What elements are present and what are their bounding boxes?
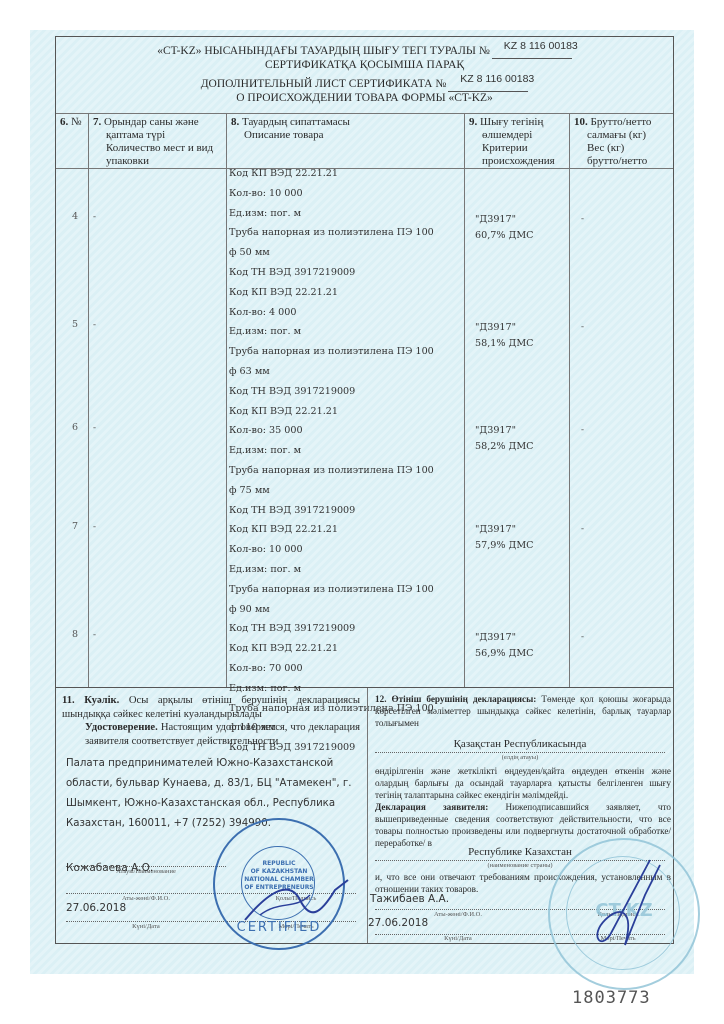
- goods-description: Код КП ВЭД 22.21.21Кол-во: 10 000Ед.изм:…: [229, 164, 465, 758]
- header-packages: 7. Орындар саны және қаптама түрі Количе…: [93, 116, 223, 168]
- description-line: Код ТН ВЭД 3917219009: [229, 501, 465, 521]
- certificate-number-ru: KZ 8 116 00183: [460, 73, 534, 87]
- row-criteria: "Д3917"60,7% ДМС: [475, 212, 534, 244]
- description-line: ф 50 мм: [229, 243, 465, 263]
- column-criteria: [465, 113, 570, 687]
- description-line: Ед.изм: пог. м: [229, 204, 465, 224]
- issuer-signature-icon: [240, 870, 350, 930]
- certificate-title: «CT-KZ» НЫСАНЫНДАҒЫ ТАУАРДЫҢ ШЫҒУ ТЕГІ Т…: [56, 37, 673, 114]
- description-line: Ед.изм: пог. м: [229, 441, 465, 461]
- row-number: 6: [72, 422, 78, 433]
- country-kz: Қазақстан Республикасында: [375, 738, 665, 750]
- description-line: Код КП ВЭД 22.21.21: [229, 283, 465, 303]
- description-line: Код КП ВЭД 22.21.21: [229, 402, 465, 422]
- header-description: 8. Тауардың сипаттамасы Описание товара: [231, 116, 461, 142]
- description-line: Кол-во: 4 000: [229, 303, 465, 323]
- description-line: Кол-во: 10 000: [229, 184, 465, 204]
- column-weight: [570, 113, 675, 687]
- country-kz-caption: (елдің атауы): [375, 754, 665, 761]
- row-criteria: "Д3917"58,2% ДМС: [475, 423, 534, 455]
- description-line: Ед.изм: пог. м: [229, 560, 465, 580]
- criterion-percent: 60,7% ДМС: [475, 228, 534, 244]
- row-number: 4: [72, 211, 78, 222]
- certificate-table: «CT-KZ» НЫСАНЫНДАҒЫ ТАУАРДЫҢ ШЫҒУ ТЕГІ Т…: [55, 36, 674, 688]
- declarant-signer: Тажибаев А.А.: [370, 893, 449, 905]
- row-criteria: "Д3917"56,9% ДМС: [475, 630, 534, 662]
- description-line: Код КП ВЭД 22.21.21: [229, 639, 465, 659]
- row-packages: -: [93, 629, 96, 639]
- description-line: Код КП ВЭД 22.21.21: [229, 520, 465, 540]
- issuer-signer: Кожабаева А.О.: [66, 862, 153, 874]
- declarant-date: 27.06.2018: [368, 917, 428, 929]
- description-line: Код КП ВЭД 22.21.21: [229, 164, 465, 184]
- description-line: Код ТН ВЭД 3917219009: [229, 382, 465, 402]
- declarant-signature-icon: [580, 855, 670, 955]
- issuer-date: 27.06.2018: [66, 902, 126, 914]
- row-number: 8: [72, 629, 78, 640]
- criterion-percent: 58,2% ДМС: [475, 439, 534, 455]
- row-weight: -: [581, 213, 584, 223]
- declarant-date-caption: Күні/Дата: [408, 935, 508, 942]
- date-caption: Күні/Дата: [86, 923, 206, 930]
- description-line: ф 90 мм: [229, 600, 465, 620]
- row-packages: -: [93, 422, 96, 432]
- header-weight: 10. Брутто/нетто салмағы (кг) Вес (кг) б…: [574, 116, 674, 168]
- column-number: [56, 113, 89, 687]
- row-weight: -: [581, 523, 584, 533]
- row-weight: -: [581, 424, 584, 434]
- description-line: Код ТН ВЭД 3917219009: [229, 619, 465, 639]
- fio-caption: Аты-жөні/Ф.И.О.: [86, 895, 206, 902]
- serial-number: 1803773: [572, 988, 651, 1008]
- row-number: 7: [72, 521, 78, 532]
- description-line: Ед.изм: пог. м: [229, 322, 465, 342]
- description-line: Код ТН ВЭД 3917219009: [229, 263, 465, 283]
- title-ru-line2: О ПРОИСХОЖДЕНИИ ТОВАРА ФОРМЫ «CT-KZ»: [56, 92, 673, 106]
- criterion-code: "Д3917": [475, 212, 534, 228]
- description-line: Труба напорная из полиэтилена ПЭ 100: [229, 223, 465, 243]
- row-weight: -: [581, 631, 584, 641]
- criterion-percent: 57,9% ДМС: [475, 538, 534, 554]
- title-ru-line1: ДОПОЛНИТЕЛЬНЫЙ ЛИСТ СЕРТИФИКАТА №: [201, 78, 447, 90]
- title-kz-line1: «CT-KZ» НЫСАНЫНДАҒЫ ТАУАРДЫҢ ШЫҒУ ТЕГІ Т…: [157, 45, 490, 57]
- description-line: Кол-во: 10 000: [229, 540, 465, 560]
- issuer-address: Палата предпринимателей Южно-Казахстанск…: [66, 754, 364, 834]
- declaration-kz-text: өндірілгенін және жеткілікті өңдеуден/қа…: [375, 765, 671, 801]
- row-criteria: "Д3917"58,1% ДМС: [475, 320, 534, 352]
- criterion-code: "Д3917": [475, 630, 534, 646]
- criterion-code: "Д3917": [475, 423, 534, 439]
- table-header: 6. № 7. Орындар саны және қаптама түрі К…: [56, 113, 673, 169]
- row-packages: -: [93, 211, 96, 221]
- row-packages: -: [93, 521, 96, 531]
- description-line: Труба напорная из полиэтилена ПЭ 100: [229, 580, 465, 600]
- row-weight: -: [581, 321, 584, 331]
- row-criteria: "Д3917"57,9% ДМС: [475, 522, 534, 554]
- description-line: Кол-во: 70 000: [229, 659, 465, 679]
- description-line: Труба напорная из полиэтилена ПЭ 100: [229, 342, 465, 362]
- description-line: ф 63 мм: [229, 362, 465, 382]
- criterion-code: "Д3917": [475, 320, 534, 336]
- criterion-percent: 56,9% ДМС: [475, 646, 534, 662]
- header-criteria: 9. Шығу тегінің өлшемдері Критерии проис…: [469, 116, 569, 168]
- description-line: Кол-во: 35 000: [229, 421, 465, 441]
- description-line: ф 75 мм: [229, 481, 465, 501]
- criterion-percent: 58,1% ДМС: [475, 336, 534, 352]
- column-packages: [89, 113, 227, 687]
- row-number: 5: [72, 319, 78, 330]
- header-number: 6. №: [60, 116, 82, 129]
- title-kz-line2: СЕРТИФИКАТҚА ҚОСЫМША ПАРАҚ: [56, 59, 673, 73]
- row-packages: -: [93, 319, 96, 329]
- description-line: Труба напорная из полиэтилена ПЭ 100: [229, 461, 465, 481]
- certificate-number-kz: KZ 8 116 00183: [504, 40, 578, 54]
- criterion-code: "Д3917": [475, 522, 534, 538]
